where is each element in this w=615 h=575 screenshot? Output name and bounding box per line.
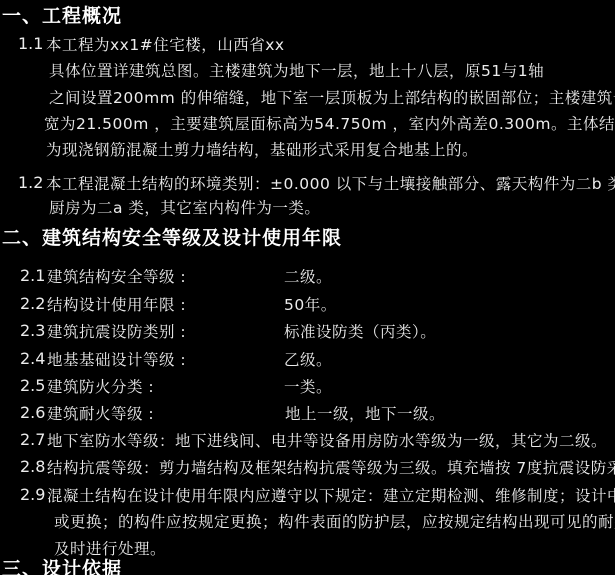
item-1-2-line-2: 厨房为二a 类，其它室内构件为一类。 (49, 200, 320, 216)
section-2-heading: 二、建筑结构安全等级及设计使用年限 (2, 228, 342, 249)
row-2-4-label: 地基基础设计等级 : (47, 352, 186, 368)
section-3-marker: 三、 (2, 559, 42, 575)
row-2-3-value: 标准设防类（丙类）。 (284, 324, 436, 340)
row-2-3-label: 建筑抗震设防类别 : (47, 324, 186, 340)
item-1-2-line-1: 本工程混凝土结构的环境类别：±0.000 以下与土壤接触部分、露天构件为二b 类… (46, 176, 615, 192)
row-2-2-value: 50年。 (284, 297, 337, 313)
item-number-2-2: 2.2 (20, 296, 45, 313)
row-2-1-value: 二级。 (284, 269, 332, 285)
item-1-1-line-5: 为现浇钢筋混凝土剪力墙结构，基础形式采用复合地基上的。 (46, 142, 478, 158)
item-number-1-2: 1.2 (18, 175, 43, 192)
item-number-2-3: 2.3 (20, 323, 45, 340)
section-3-heading: 三、设计依据 (2, 559, 122, 575)
section-1-heading: 一、工程概况 (2, 6, 122, 27)
item-number-1-1: 1.1 (18, 36, 43, 53)
item-number-2-9: 2.9 (20, 487, 45, 504)
note-2-9-line-2: 或更换；的构件应按规定更换；构件表面的防护层，应按规定结构出现可见的耐久性缺陷时… (54, 514, 615, 530)
item-number-2-5: 2.5 (20, 378, 45, 395)
row-2-1-label: 建筑结构安全等级 : (47, 269, 186, 285)
item-1-1-line-4: 宽为21.500m ，主要建筑屋面标高为54.750m ，室内外高差0.300m… (44, 116, 615, 132)
section-2-marker: 二、 (2, 228, 42, 249)
note-2-7-line-1: 地下室防水等级：地下进线间、电井等设备用房防水等级为一级，其它为二级。 (47, 433, 607, 449)
item-number-2-4: 2.4 (20, 351, 45, 368)
row-2-5-value: 一类。 (284, 379, 332, 395)
item-1-1-line-1: 本工程为xx1#住宅楼，山西省xx (46, 37, 285, 53)
row-2-6-label: 建筑耐火等级 : (47, 406, 154, 422)
row-2-4-value: 乙级。 (284, 352, 332, 368)
section-1-marker: 一、 (2, 6, 42, 27)
item-number-2-1: 2.1 (20, 268, 45, 285)
item-1-1-line-2: 具体位置详建筑总图。主楼建筑为地下一层，地上十八层，原51与1轴 (49, 63, 544, 79)
item-number-2-6: 2.6 (20, 405, 45, 422)
section-3-title: 设计依据 (42, 558, 122, 575)
item-number-2-8: 2.8 (20, 459, 45, 476)
row-2-6-value: 地上一级，地下一级。 (285, 406, 445, 422)
item-1-1-line-3: 之间设置200mm 的伸缩缝，地下室一层顶板为上部结构的嵌固部位；主楼建筑长24… (49, 90, 615, 106)
item-number-2-7: 2.7 (20, 432, 45, 449)
note-2-9-line-1: 混凝土结构在设计使用年限内应遵守以下规定：建立定期检测、维修制度；设计中可更换维… (47, 488, 615, 504)
section-2-title: 建筑结构安全等级及设计使用年限 (42, 227, 342, 249)
section-1-title: 工程概况 (42, 5, 122, 27)
row-2-5-label: 建筑防火分类 : (47, 379, 154, 395)
note-2-8-line-1: 结构抗震等级：剪力墙结构及框架结构抗震等级为三级。填充墙按 7度抗震设防采取构造… (47, 460, 615, 476)
note-2-9-line-3: 及时进行处理。 (54, 541, 166, 557)
row-2-2-label: 结构设计使用年限 : (47, 297, 186, 313)
document-canvas: 一、工程概况 1.1 本工程为xx1#住宅楼，山西省xx 具体位置详建筑总图。主… (0, 0, 615, 575)
